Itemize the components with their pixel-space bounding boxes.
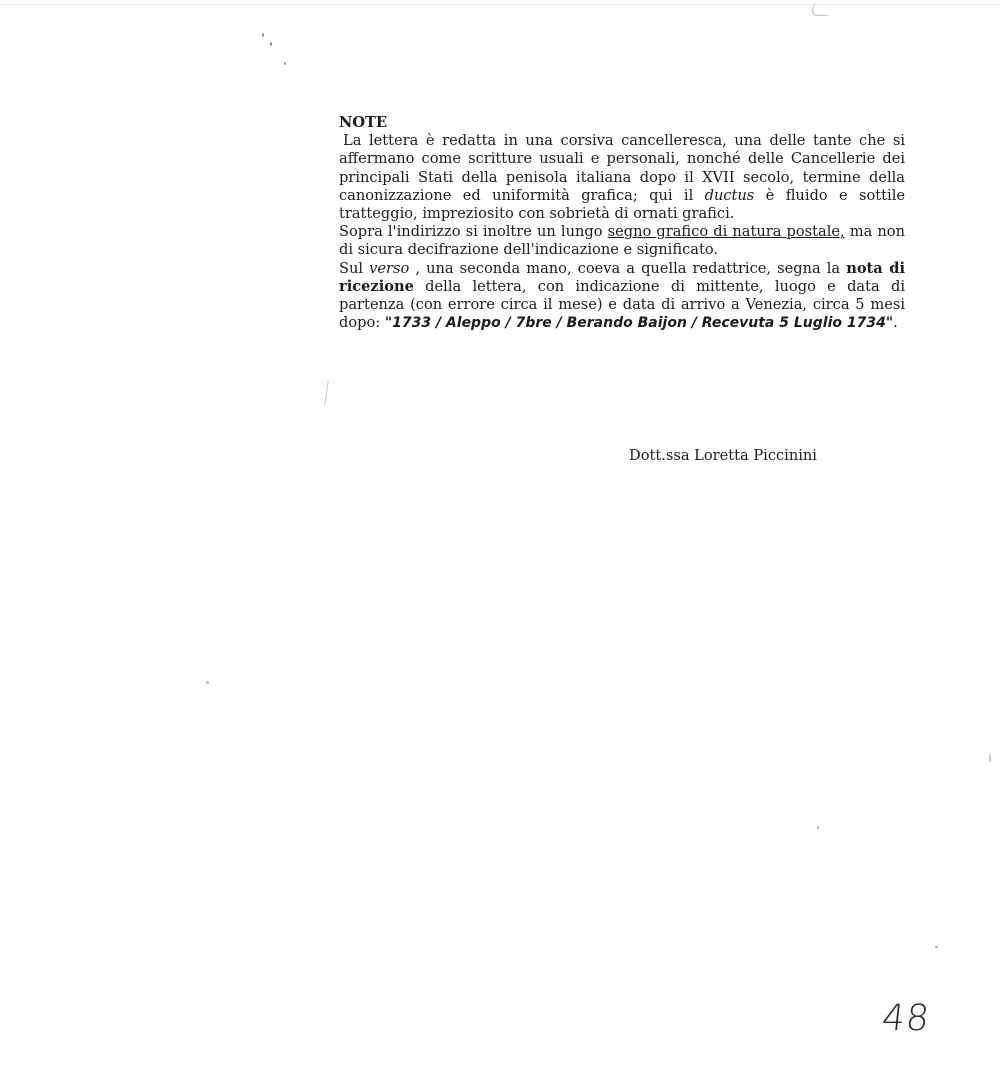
author-signature: Dott.ssa Loretta Piccinini — [629, 447, 817, 465]
paragraph-text: . — [893, 314, 898, 331]
scan-speck — [206, 681, 209, 684]
note-title: NOTE — [339, 114, 905, 132]
underlined-phrase: segno grafico di natura postale, — [608, 223, 845, 240]
scan-speck — [284, 62, 286, 65]
page-top-edge — [0, 4, 1000, 5]
handwritten-page-number: 48 — [880, 998, 932, 1039]
pen-mark — [324, 380, 329, 406]
paragraph-text: Sopra l'indirizzo si inoltre un lungo — [339, 223, 608, 240]
scan-speck — [262, 33, 264, 37]
paragraph-text: , una seconda mano, coeva a quella redat… — [409, 260, 846, 277]
scan-corner-mark — [810, 3, 834, 16]
paragraph-postal-mark: Sopra l'indirizzo si inoltre un lungo se… — [339, 223, 905, 259]
scan-speck — [935, 946, 938, 948]
scan-speck — [989, 754, 991, 762]
paragraph-reception-note: Sul verso , una seconda mano, coeva a qu… — [339, 260, 905, 333]
italic-term-verso: verso — [369, 260, 409, 277]
note-section: NOTE La lettera è redatta in una corsiva… — [339, 114, 905, 332]
scan-speck — [817, 826, 819, 829]
paragraph-text: Sul — [339, 260, 369, 277]
quoted-reception-note: "1733 / Aleppo / 7bre / Berando Baijon /… — [385, 315, 893, 331]
scan-speck — [270, 42, 272, 46]
italic-term-ductus: ductus — [705, 187, 755, 204]
paragraph-script-description: La lettera è redatta in una corsiva canc… — [339, 132, 905, 223]
